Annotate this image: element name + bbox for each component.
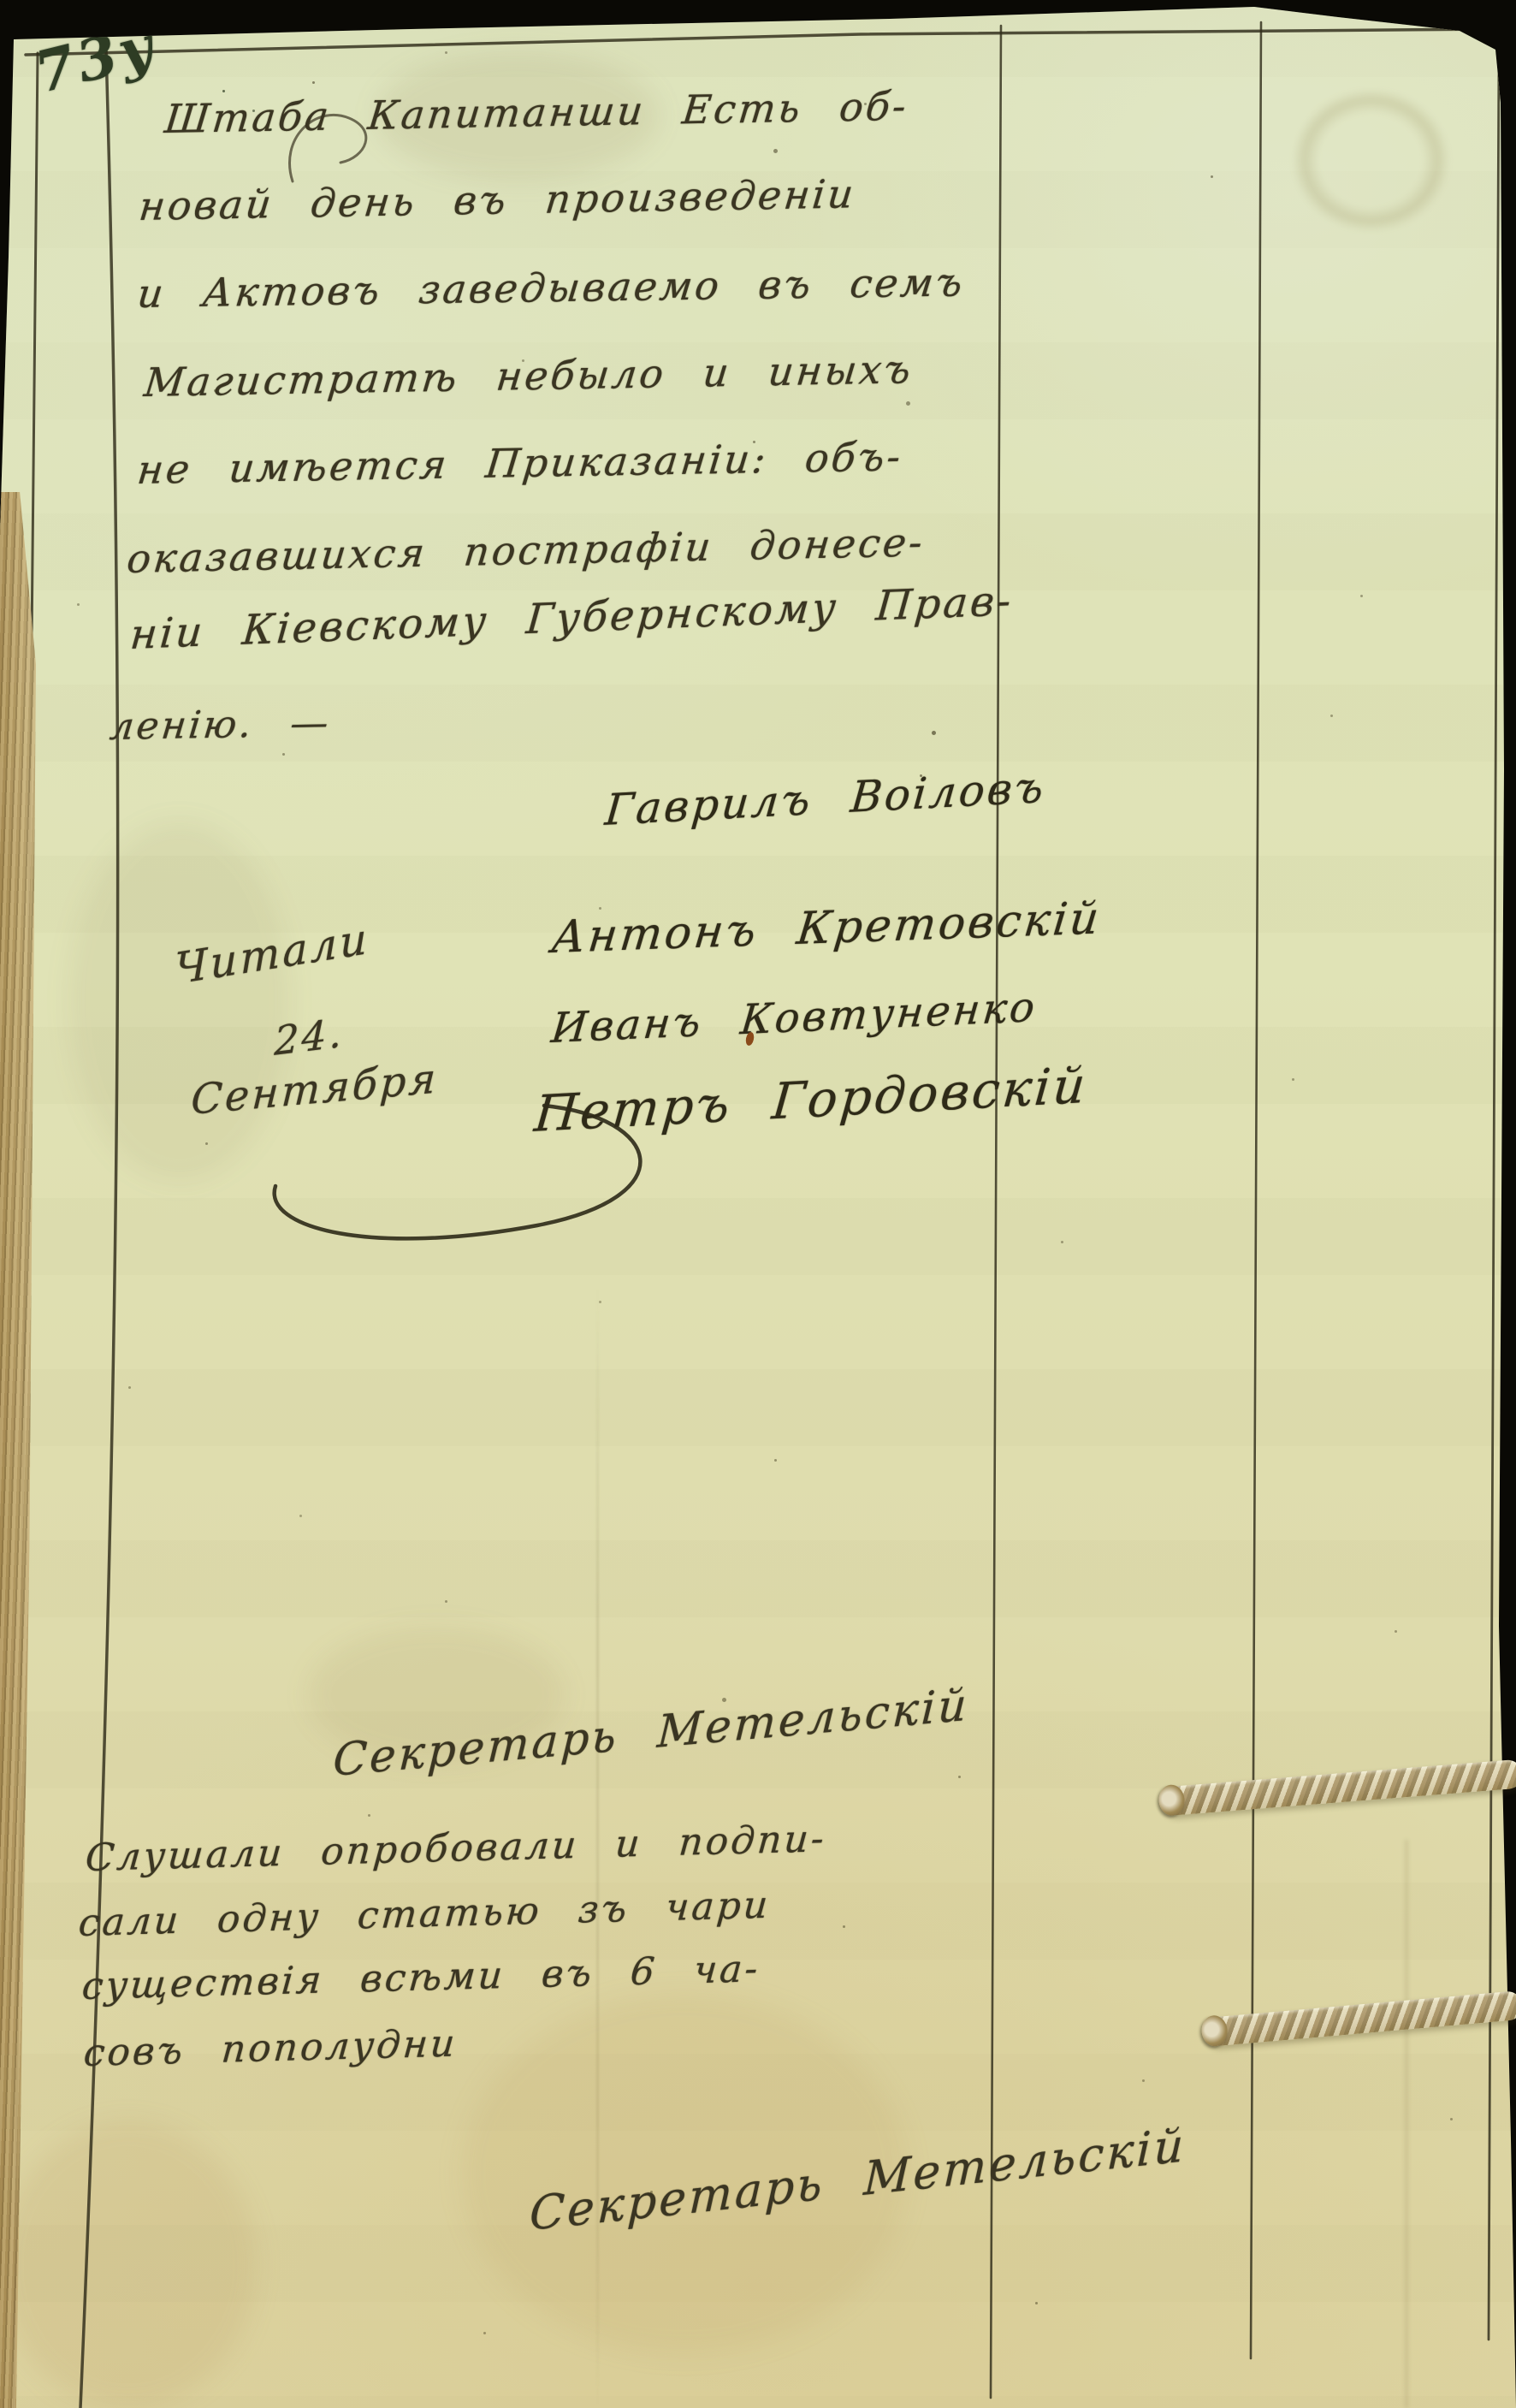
marginal-note-line: 24. bbox=[274, 1009, 344, 1065]
manuscript-line: ленію. — bbox=[108, 701, 333, 749]
ink-speckles bbox=[0, 0, 3, 3]
archival-scan: 73у Штаба Капитанши Есть об- новай день … bbox=[0, 0, 1516, 2408]
manuscript-page: 73у Штаба Капитанши Есть об- новай день … bbox=[0, 0, 1516, 2408]
